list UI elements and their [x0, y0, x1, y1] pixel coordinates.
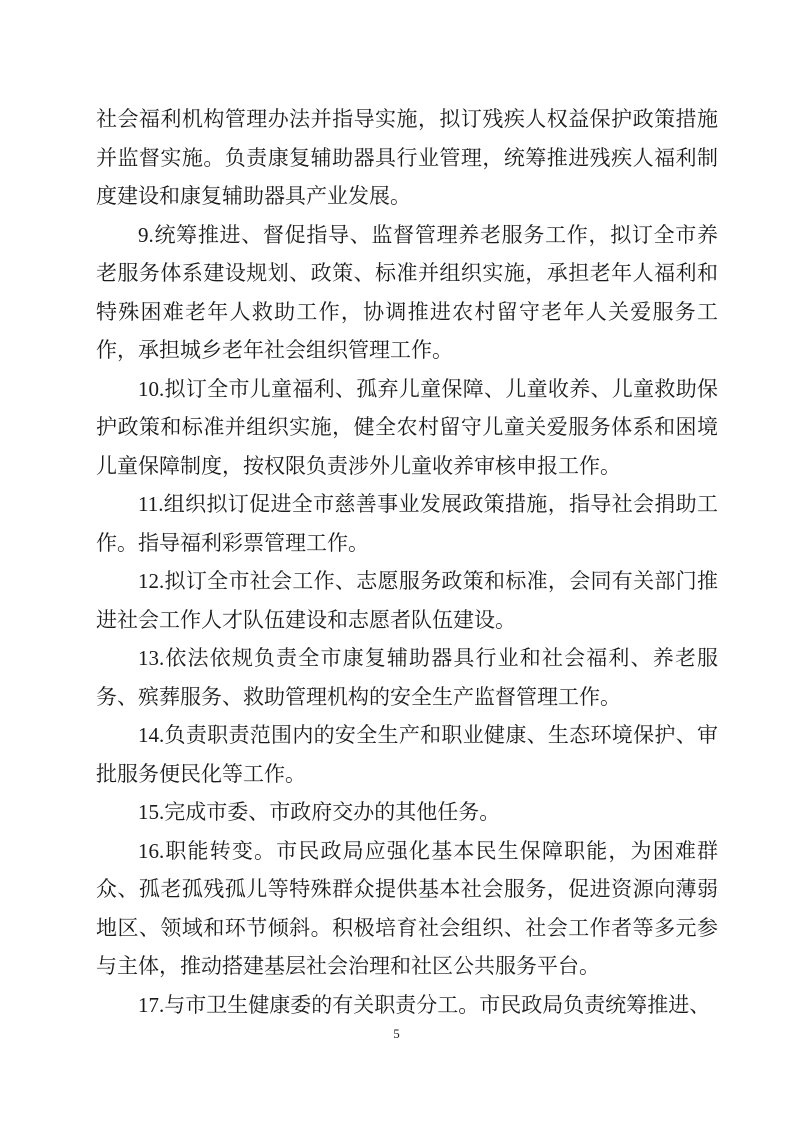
paragraph-item-15: 15.完成市委、市政府交办的其他任务。 [96, 793, 718, 832]
document-body: 社会福利机构管理办法并指导实施，拟订残疾人权益保护政策措施并监督实施。负责康复辅… [96, 100, 718, 1024]
paragraph-item-12: 12.拟订全市社会工作、志愿服务政策和标准，会同有关部门推进社会工作人才队伍建设… [96, 562, 718, 639]
paragraph-item-13: 13.依法依规负责全市康复辅助器具行业和社会福利、养老服务、殡葬服务、救助管理机… [96, 639, 718, 716]
paragraph-item-9: 9.统筹推进、督促指导、监督管理养老服务工作，拟订全市养老服务体系建设规划、政策… [96, 216, 718, 370]
paragraph-item-16: 16.职能转变。市民政局应强化基本民生保障职能，为困难群众、孤老孤残孤儿等特殊群… [96, 832, 718, 986]
paragraph-item-11: 11.组织拟订促进全市慈善事业发展政策措施，指导社会捐助工作。指导福利彩票管理工… [96, 485, 718, 562]
paragraph-item-10: 10.拟订全市儿童福利、孤弃儿童保障、儿童收养、儿童救助保护政策和标准并组织实施… [96, 370, 718, 486]
paragraph-item-17: 17.与市卫生健康委的有关职责分工。市民政局负责统筹推进、 [96, 986, 718, 1025]
paragraph-continuation: 社会福利机构管理办法并指导实施，拟订残疾人权益保护政策措施并监督实施。负责康复辅… [96, 100, 718, 216]
paragraph-item-14: 14.负责职责范围内的安全生产和职业健康、生态环境保护、审批服务便民化等工作。 [96, 716, 718, 793]
page-number: 5 [0, 1026, 793, 1042]
document-page: 社会福利机构管理办法并指导实施，拟订残疾人权益保护政策措施并监督实施。负责康复辅… [0, 0, 793, 1122]
